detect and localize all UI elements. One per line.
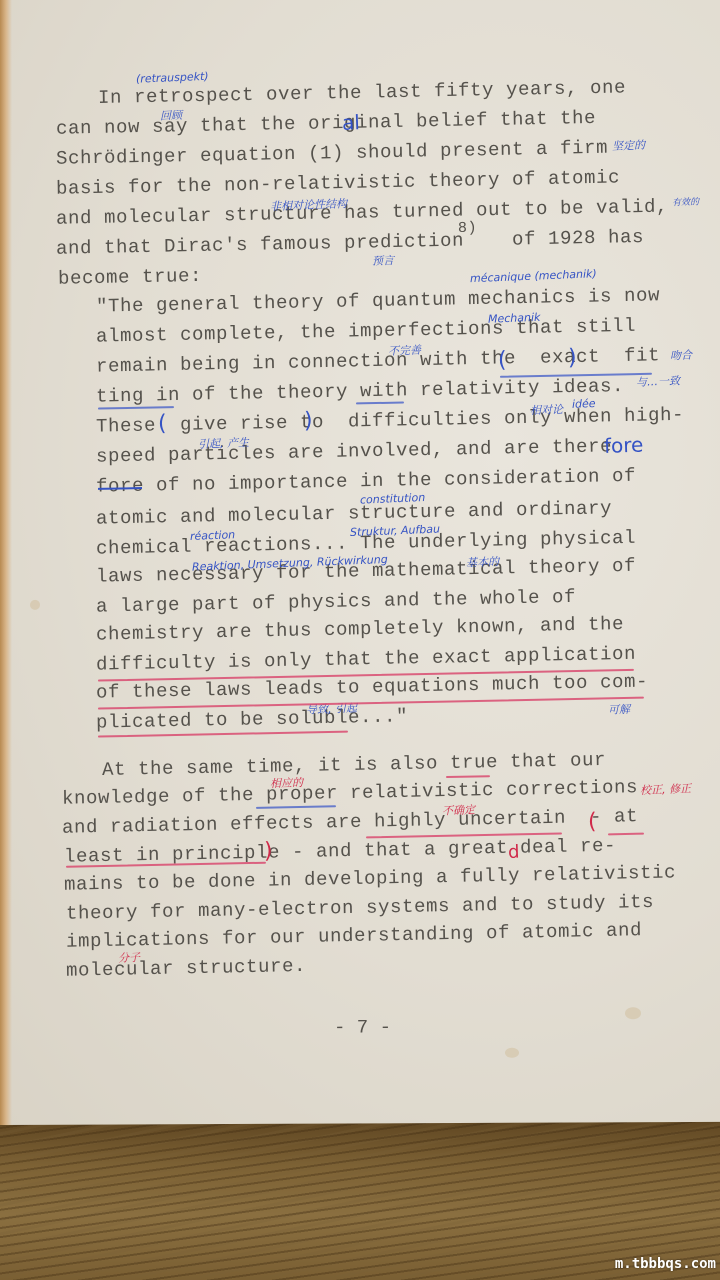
annotation-soluble: 可解 bbox=[608, 701, 631, 718]
underline-at bbox=[608, 833, 644, 836]
annotation-constitution: constitution bbox=[360, 491, 426, 507]
paragraph2-line: implications for our understanding of at… bbox=[66, 919, 642, 953]
quote-line: almost complete, the imperfections that … bbox=[96, 315, 636, 348]
annotation-firm: 坚定的 bbox=[612, 137, 646, 154]
annotation-retrospekt: (retrauspekt) bbox=[136, 70, 209, 86]
paper-stain bbox=[505, 1048, 519, 1058]
annotation-idee: idée bbox=[572, 397, 596, 411]
annotation-therefore-fix: fore bbox=[604, 433, 644, 459]
paragraph2-line: At the same time, it is also true that o… bbox=[66, 749, 606, 782]
annotation-underlying: 基本的 bbox=[466, 553, 500, 570]
paren-close-give-rise: ) bbox=[304, 409, 313, 434]
paragraph1-line: can now say that the original belief tha… bbox=[56, 107, 596, 140]
page-number: - 7 - bbox=[334, 1016, 391, 1038]
annotation-reaction: réaction bbox=[190, 528, 236, 543]
paragraph2-line: knowledge of the proper relativistic cor… bbox=[62, 776, 638, 810]
paragraph1-line: Schrödinger equation (1) should present … bbox=[56, 137, 608, 170]
annotation-relativity: 相对论 bbox=[530, 401, 564, 418]
paren-open-give-rise: ( bbox=[158, 411, 167, 436]
annotation-say: 回顾 bbox=[160, 107, 183, 124]
paragraph1-line: become true: bbox=[58, 265, 202, 290]
annotation-structure: 非相对论性结构 bbox=[270, 195, 348, 214]
typewritten-page: In retrospect over the last fifty years,… bbox=[0, 0, 720, 1125]
paragraph1-line: and molecular structure has turned out t… bbox=[56, 195, 668, 229]
annotation-fitting: 吻合 bbox=[670, 347, 693, 364]
annotation-prediction: 预言 bbox=[372, 252, 395, 269]
annotation-imperfections: 不完善 bbox=[388, 342, 422, 359]
annotation-molecular: 分子 bbox=[118, 949, 141, 966]
quote-line: speed particles are involved, and are th… bbox=[96, 435, 612, 467]
paper-left-edge bbox=[0, 0, 12, 1125]
paragraph2-line: molecular structure. bbox=[66, 955, 306, 982]
paren-open-exact: ( bbox=[498, 348, 507, 373]
quote-line: atomic and molecular structure and ordin… bbox=[96, 497, 612, 529]
paper-stain bbox=[625, 1007, 641, 1019]
underline-with bbox=[356, 401, 404, 404]
annotation-corrections: 校正, 修正 bbox=[640, 780, 692, 798]
annotation-uncertain: 不确定 bbox=[442, 801, 476, 818]
wooden-table-surface bbox=[0, 1118, 720, 1280]
paragraph2-line: mains to be done in developing a fully r… bbox=[64, 861, 676, 895]
paren-close-principle: ) bbox=[264, 839, 273, 864]
quote-line: chemistry are thus completely known, and… bbox=[96, 613, 624, 646]
paren-open-at-least: ( bbox=[588, 809, 597, 834]
quote-line: a large part of physics and the whole of bbox=[96, 586, 576, 618]
annotation-mechanik: Mechanik bbox=[488, 311, 541, 326]
underline-ting-in bbox=[98, 406, 174, 410]
paren-close-exact: ) bbox=[568, 345, 577, 370]
annotation-valid: 有效的 bbox=[672, 194, 699, 208]
annotation-give-rise: 引起, 产生 bbox=[198, 434, 250, 452]
underline-proper bbox=[256, 805, 336, 809]
quote-line: "The general theory of quantum mechanics… bbox=[96, 284, 660, 317]
annotation-proper: 相应的 bbox=[270, 774, 304, 791]
underline-true bbox=[446, 775, 490, 778]
paper-stain bbox=[30, 600, 40, 610]
annotation-mecanique: mécanique (mechanik) bbox=[470, 267, 597, 285]
paragraph1-line: and that Dirac's famous prediction of 19… bbox=[56, 226, 644, 260]
watermark: m.tbbbqs.com bbox=[615, 1256, 716, 1272]
paragraph2-line: theory for many-electron systems and to … bbox=[66, 891, 654, 925]
footnote-marker: 8) bbox=[458, 220, 477, 237]
annotation-deal-fix: d bbox=[508, 842, 520, 863]
quote-line: plicated to be soluble..." bbox=[96, 705, 408, 733]
paragraph2-line: least in principle - and that a great de… bbox=[64, 835, 616, 868]
annotation-original-fix: al bbox=[342, 110, 361, 135]
